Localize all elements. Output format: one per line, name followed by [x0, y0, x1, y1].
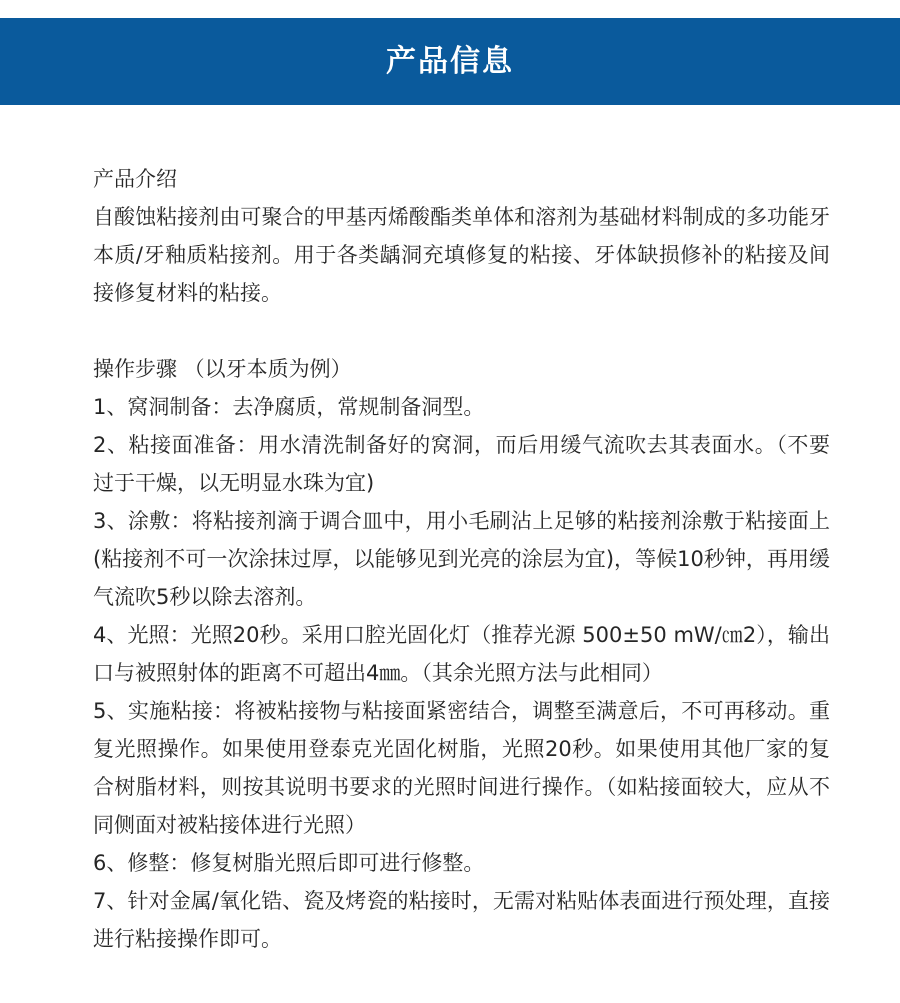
product-info-banner: 产品信息: [0, 18, 900, 105]
step-7: 7、针对金属/氧化锆、瓷及烤瓷的粘接时，无需对粘贴体表面进行预处理，直接进行粘接…: [93, 882, 830, 958]
step-4: 4、光照：光照20秒。采用口腔光固化灯（推荐光源 500±50 mW/㎝2），输…: [93, 616, 830, 692]
step-5: 5、实施粘接：将被粘接物与粘接面紧密结合，调整至满意后，不可再移动。重复光照操作…: [93, 692, 830, 844]
product-description-body: 产品介绍 自酸蚀粘接剂由可聚合的甲基丙烯酸酯类单体和溶剂为基础材料制成的多功能牙…: [0, 160, 900, 958]
step-2: 2、粘接面准备：用水清洗制备好的窝洞，而后用缓气流吹去其表面水。（不要过于干燥，…: [93, 426, 830, 502]
page-title: 产品信息: [386, 47, 514, 77]
intro-heading: 产品介绍: [93, 160, 830, 198]
step-6: 6、修整：修复树脂光照后即可进行修整。: [93, 844, 830, 882]
step-1: 1、窝洞制备：去净腐质，常规制备洞型。: [93, 388, 830, 426]
steps-heading: 操作步骤 （以牙本质为例）: [93, 350, 830, 388]
intro-paragraph: 自酸蚀粘接剂由可聚合的甲基丙烯酸酯类单体和溶剂为基础材料制成的多功能牙本质/牙釉…: [93, 198, 830, 312]
step-3: 3、涂敷：将粘接剂滴于调合皿中，用小毛刷沾上足够的粘接剂涂敷于粘接面上(粘接剂不…: [93, 502, 830, 616]
